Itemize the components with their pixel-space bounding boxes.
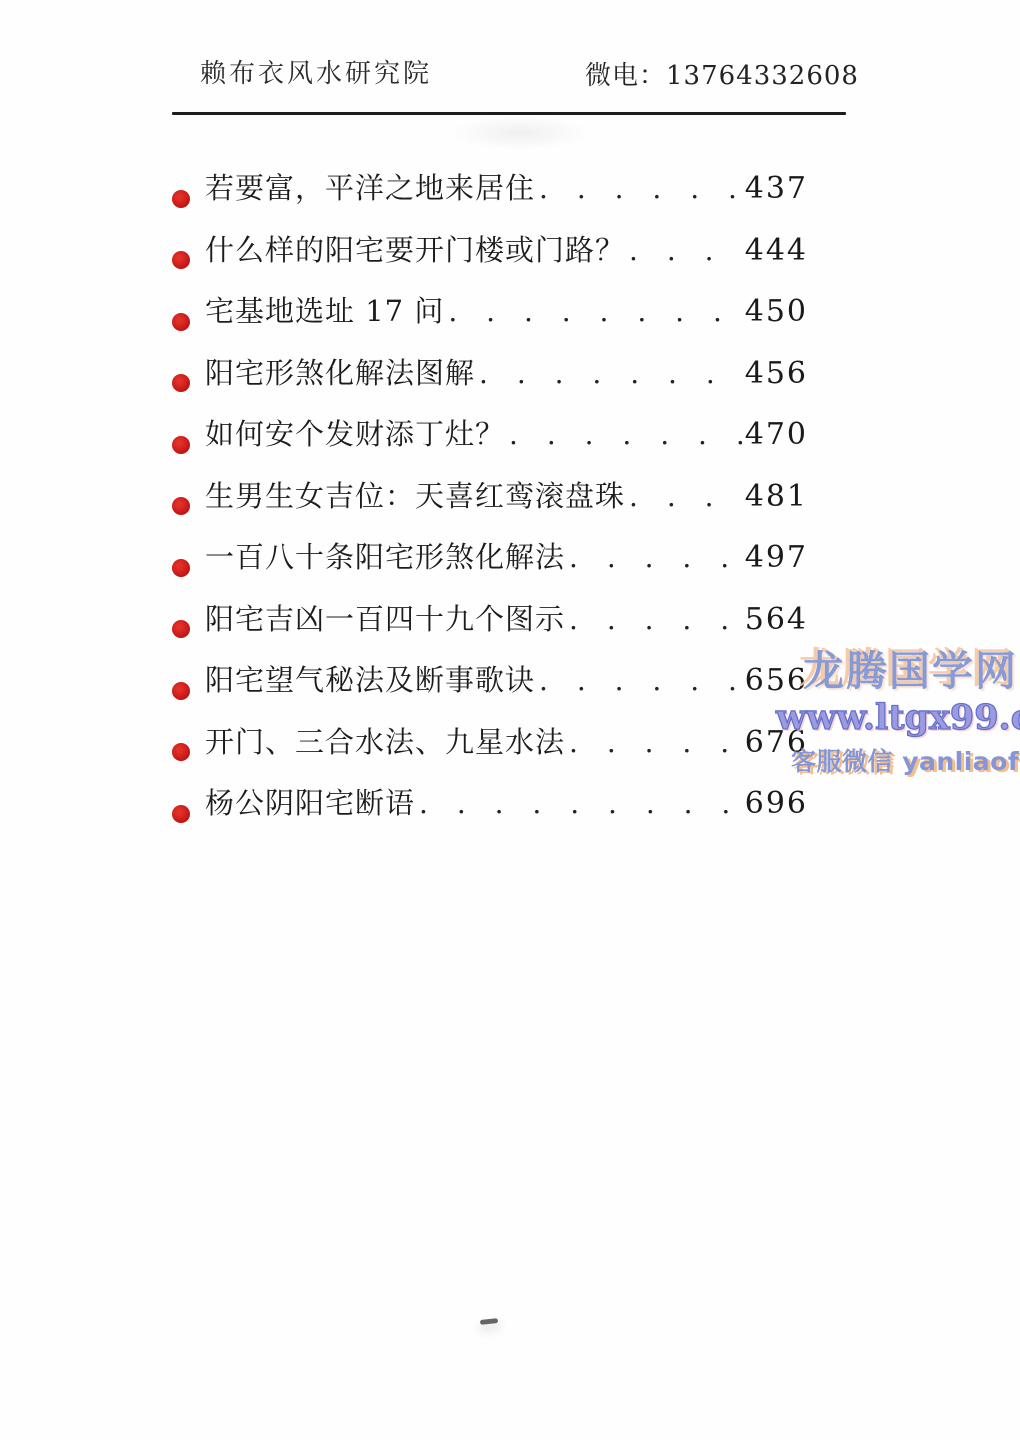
toc-list: 若要富，平洋之地来居住 437 什么样的阳宅要开门楼或门路？ 444 宅基地选址… — [172, 166, 808, 843]
scan-smudge — [450, 116, 590, 150]
toc-entry: 如何安个发财添丁灶？ 470 — [172, 412, 808, 474]
toc-entry-title: 阳宅吉凶一百四十九个图示 — [205, 597, 565, 638]
scan-artifact-dash — [480, 1318, 498, 1325]
dot-leader — [448, 295, 742, 328]
dot-leader — [629, 234, 743, 267]
red-bullet-icon — [172, 620, 190, 638]
toc-entry-page-number: 456 — [745, 356, 808, 391]
header-institute-title: 赖布衣风水研究院 — [200, 58, 432, 90]
toc-entry-title: 阳宅形煞化解法图解 — [205, 351, 475, 392]
toc-entry-page-number: 497 — [745, 540, 808, 575]
toc-entry: 宅基地选址 17 问 450 — [172, 289, 808, 351]
dot-leader — [569, 541, 743, 574]
scanned-book-page: 赖布衣风水研究院 微电：13764332608 若要富，平洋之地来居住 437 … — [0, 0, 1020, 1440]
red-bullet-icon — [172, 559, 190, 577]
toc-entry: 若要富，平洋之地来居住 437 — [172, 166, 808, 228]
dot-leader — [569, 603, 743, 636]
toc-entry: 一百八十条阳宅形煞化解法 497 — [172, 535, 808, 597]
red-bullet-icon — [172, 682, 190, 700]
toc-entry-title: 杨公阴阳宅断语 — [205, 781, 415, 822]
toc-entry-title: 开门、三合水法、九星水法 — [205, 720, 565, 761]
dot-leader — [509, 418, 743, 451]
toc-entry-page-number: 564 — [745, 602, 808, 637]
dot-leader — [479, 357, 743, 390]
dot-leader — [539, 172, 743, 205]
toc-entry-title: 一百八十条阳宅形煞化解法 — [205, 535, 565, 576]
red-bullet-icon — [172, 251, 190, 269]
watermark-site-name: 龙腾国学网 — [803, 648, 1018, 694]
red-bullet-icon — [172, 374, 190, 392]
toc-entry-page-number: 450 — [745, 294, 808, 329]
toc-entry: 开门、三合水法、九星水法 676 — [172, 720, 808, 782]
dot-leader — [569, 726, 743, 759]
toc-entry: 生男生女吉位：天喜红鸾滚盘珠 481 — [172, 474, 808, 536]
red-bullet-icon — [172, 743, 190, 761]
dot-leader — [629, 480, 743, 513]
toc-entry-page-number: 656 — [745, 663, 808, 698]
toc-entry: 阳宅吉凶一百四十九个图示 564 — [172, 597, 808, 659]
header-contact-number: 微电：13764332608 — [585, 60, 859, 92]
toc-entry: 杨公阴阳宅断语 696 — [172, 781, 808, 843]
toc-entry-page-number: 444 — [745, 233, 808, 268]
red-bullet-icon — [172, 805, 190, 823]
toc-entry-title: 若要富，平洋之地来居住 — [205, 166, 535, 207]
toc-entry-title: 生男生女吉位：天喜红鸾滚盘珠 — [205, 474, 625, 515]
header-divider-rule — [172, 112, 846, 115]
dot-leader — [419, 787, 743, 820]
toc-entry-page-number: 481 — [745, 479, 808, 514]
red-bullet-icon — [172, 497, 190, 515]
toc-entry-page-number: 676 — [745, 725, 808, 760]
toc-entry: 阳宅望气秘法及断事歌诀 656 — [172, 658, 808, 720]
toc-entry-title: 阳宅望气秘法及断事歌诀 — [205, 658, 535, 699]
toc-entry-page-number: 470 — [745, 417, 808, 452]
toc-entry-title: 什么样的阳宅要开门楼或门路？ — [205, 228, 625, 269]
red-bullet-icon — [172, 190, 190, 208]
watermark-service-wechat: 客服微信 yanliaofan225 — [791, 747, 1020, 777]
toc-entry-page-number: 696 — [745, 786, 808, 821]
toc-entry: 什么样的阳宅要开门楼或门路？ 444 — [172, 228, 808, 290]
toc-entry-page-number: 437 — [745, 171, 808, 206]
toc-entry: 阳宅形煞化解法图解 456 — [172, 351, 808, 413]
red-bullet-icon — [172, 313, 190, 331]
red-bullet-icon — [172, 436, 190, 454]
toc-entry-title: 如何安个发财添丁灶？ — [205, 412, 505, 453]
watermark-site-url: www.ltgx99.com — [776, 698, 1020, 738]
dot-leader — [539, 664, 743, 697]
toc-entry-title: 宅基地选址 17 问 — [205, 289, 444, 330]
